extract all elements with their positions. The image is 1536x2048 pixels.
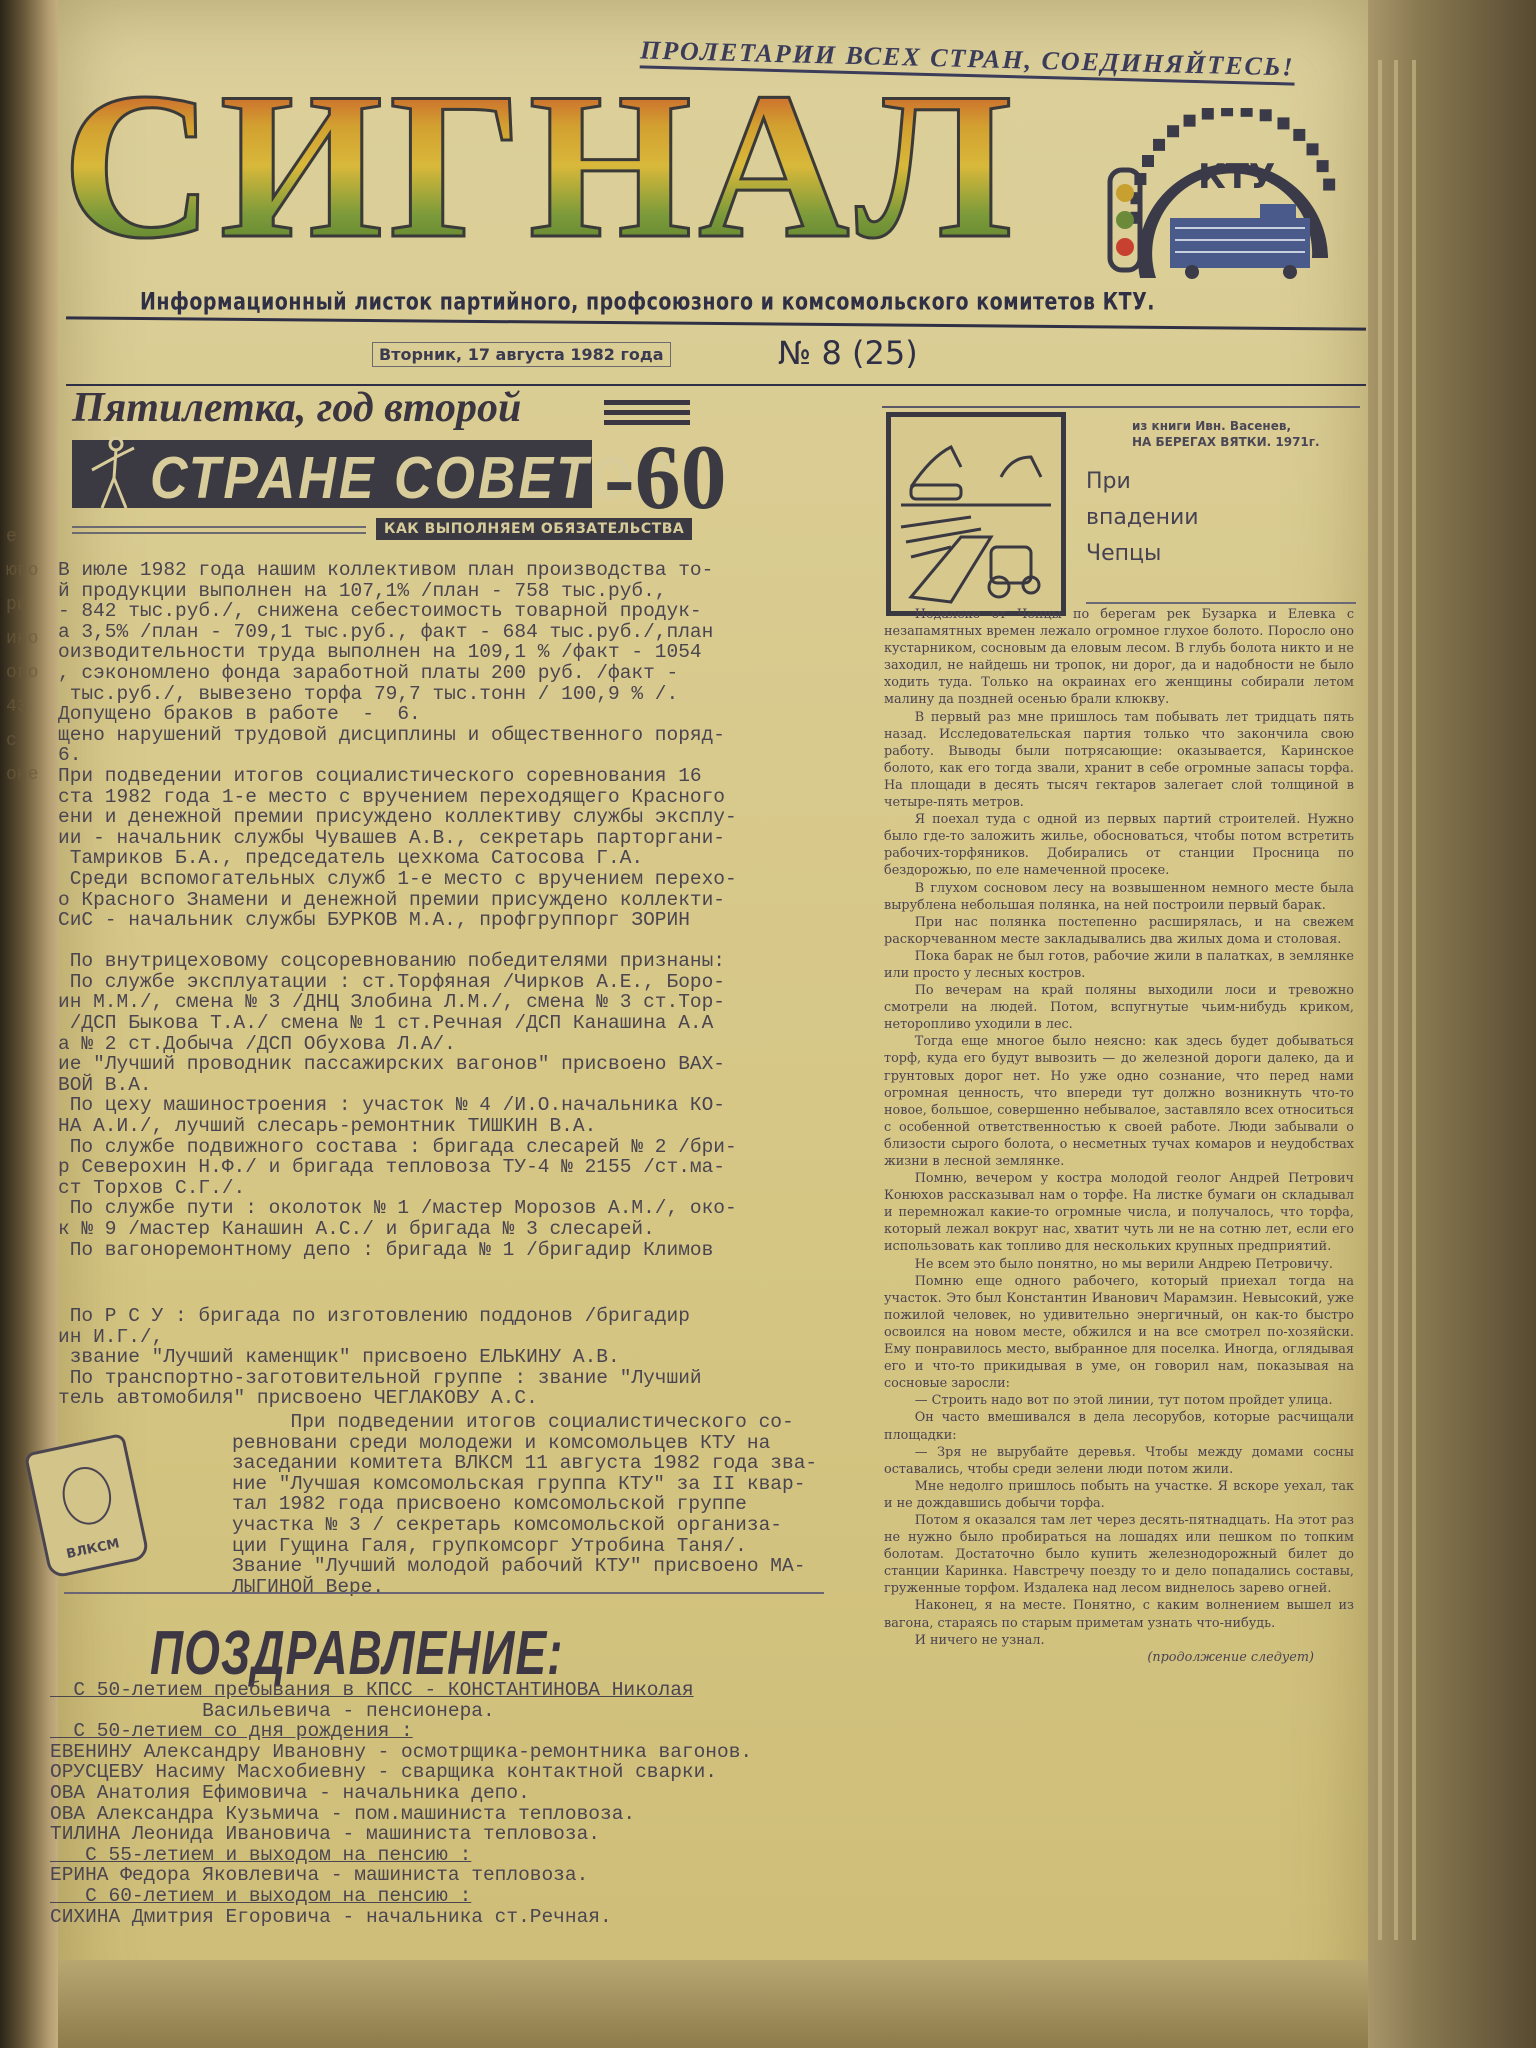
issue-date: Вторник, 17 августа 1982 года (372, 342, 671, 367)
komsomol-badge-text: ВЛКСМ (65, 1536, 121, 1562)
article-paragraph: — Строить надо вот по этой линии, тут по… (884, 1392, 1354, 1409)
banner-title: СТРАНЕ СОВЕТОВ (150, 444, 674, 513)
congratulation-line: ОВА Александра Кузьмича - пом.машиниста … (50, 1804, 752, 1825)
binding-fragment: ого (6, 656, 56, 690)
banner-number: -60 (604, 424, 727, 530)
page-bottom-edge (58, 1960, 1368, 2048)
congratulations-heading: ПОЗДРАВЛЕНИЕ: (150, 1616, 563, 1689)
report-line: р Северохин Н.Ф./ и бригада тепловоза ТУ… (58, 1157, 737, 1178)
worker-figure-icon (78, 434, 144, 512)
report-line: При подведении итогов социалистического … (232, 1412, 817, 1433)
congratulation-line: Васильевича - пенсионера. (50, 1701, 752, 1722)
report-line: ЛЫГИНОЙ Вере. (232, 1577, 817, 1598)
report-line: В июле 1982 года нашим коллективом план … (58, 560, 737, 581)
report-line: щено нарушений трудовой дисциплины и общ… (58, 725, 737, 746)
report-line: , сэкономлено фонда заработной платы 200… (58, 663, 737, 684)
binding-fragment: ри (6, 588, 56, 622)
source-line: из книги Ивн. Васенев, (1132, 418, 1320, 434)
article-paragraph: Помню, вечером у костра молодой геолог А… (884, 1170, 1354, 1255)
article-paragraph: В первый раз мне пришлось там побывать л… (884, 709, 1354, 812)
article-paragraph: Наконец, я на месте. Понятно, с каким во… (884, 1597, 1354, 1631)
report-line: ени и денежной премии присуждено коллект… (58, 807, 737, 828)
report-line: ние "Лучшая комсомольская группа КТУ" за… (232, 1474, 817, 1495)
report-line: - 842 тыс.руб./, снижена себестоимость т… (58, 601, 737, 622)
article-title-word: Чепцы (1086, 536, 1199, 572)
banner-subtitle: КАК ВЫПОЛНЯЕМ ОБЯЗАТЕЛЬСТВА (376, 518, 692, 540)
section-divider (64, 1592, 824, 1594)
report-line: ста 1982 года 1-е место с вручением пере… (58, 787, 737, 808)
binding-fragment: ико (6, 622, 56, 656)
masthead-subtitle: Информационный листок партийного, профсо… (140, 288, 1155, 316)
article-paragraph: И ничего не узнал. (884, 1632, 1354, 1649)
report-line: Звание "Лучший молодой рабочий КТУ" прис… (232, 1556, 817, 1577)
congratulation-line: ТИЛИНА Леонида Ивановича - машиниста теп… (50, 1824, 752, 1845)
continued-note: (продолжение следует) (884, 1649, 1314, 1666)
report-line: ВОЙ В.А. (58, 1075, 737, 1096)
report-line: а 3,5% /план - 709,1 тыс.руб., факт - 68… (58, 622, 737, 643)
banner-rule (72, 526, 366, 534)
report-line: /ДСП Быкова Т.А./ смена № 1 ст.Речная /Д… (58, 1013, 737, 1034)
binding-fragment: 43 (6, 690, 56, 724)
article-paragraph: Мне недолго пришлось побыть на участке. … (884, 1478, 1354, 1512)
report-line: По цеху машиностроения : участок № 4 /И.… (58, 1095, 737, 1116)
report-line: По службе пути : околоток № 1 /мастер Мо… (58, 1198, 737, 1219)
article-paragraph: Пока барак не был готов, рабочие жили в … (884, 948, 1354, 982)
report-line: Среди вспомогательных служб 1-е место с … (58, 869, 737, 890)
congratulation-line: ОВА Анатолия Ефимовича - начальника депо… (50, 1783, 752, 1804)
report-line (58, 931, 737, 952)
report-line: ин И.Г./, (58, 1327, 702, 1348)
section-kicker: Пятилетка, год второй (72, 384, 521, 432)
article-paragraph: Он часто вмешивался в дела лесорубов, ко… (884, 1409, 1354, 1443)
report-line: ин М.М./, смена № 3 /ДНЦ Злобина Л.М./, … (58, 992, 737, 1013)
peat-field-illustration-icon (886, 412, 1066, 616)
report-line: звание "Лучший каменщик" присвоено ЕЛЬКИ… (58, 1347, 702, 1368)
competition-report: В июле 1982 года нашим коллективом план … (58, 560, 737, 1260)
congratulation-line: С 60-летием и выходом на пенсию : (50, 1886, 752, 1907)
report-line: 6. (58, 745, 737, 766)
report-line: й продукции выполнен на 107,1% /план - 7… (58, 581, 737, 602)
article-paragraph: Потом я оказался там лет через десять-пя… (884, 1512, 1354, 1597)
report-line: По вагоноремонтному депо : бригада № 1 /… (58, 1240, 737, 1261)
congratulations-list: С 50-летием пребывания в КПСС - КОНСТАНТ… (50, 1680, 752, 1927)
report-line: НА А.И./, лучший слесарь-ремонтник ТИШКИ… (58, 1116, 737, 1137)
page-stack-edge (1368, 0, 1536, 2048)
binding-fragment: юго (6, 554, 56, 588)
article-paragraph: — Зря не вырубайте деревья. Чтобы между … (884, 1444, 1354, 1478)
report-line: По службе эксплуатации : ст.Торфяная /Чи… (58, 972, 737, 993)
report-line: По Р С У : бригада по изготовлению поддо… (58, 1306, 702, 1327)
report-line: тель автомобиля" присвоено ЧЕГЛАКОВУ А.С… (58, 1388, 702, 1409)
report-line: ции Гущина Галя, групкомсорг Утробина Та… (232, 1536, 817, 1557)
report-line: ие "Лучший проводник пассажирских вагоно… (58, 1054, 737, 1075)
report-line: Тамриков Б.А., председатель цехкома Сато… (58, 848, 737, 869)
article-title: ПривпаденииЧепцы (1086, 464, 1199, 572)
report-line: ревновани среди молодежи и комсомольцев … (232, 1433, 817, 1454)
report-line: Допущено браков в работе - 6. (58, 704, 737, 725)
article-paragraph: Не всем это было понятно, но мы верили А… (884, 1256, 1354, 1273)
logo-text: КТУ (1198, 157, 1275, 197)
report-line: к № 9 /мастер Канашин А.С./ и бригада № … (58, 1219, 737, 1240)
report-line: ст Торхов С.Г./. (58, 1178, 737, 1199)
congratulation-line: СИХИНА Дмитрия Егоровича - начальника ст… (50, 1907, 752, 1928)
article-paragraph: При нас полянка постепенно расширялась, … (884, 914, 1354, 948)
article-paragraph: По вечерам на край поляны выходили лоси … (884, 982, 1354, 1033)
rsu-report: По Р С У : бригада по изготовлению поддо… (58, 1306, 702, 1409)
report-line: участка № 3 / секретарь комсомольской ор… (232, 1515, 817, 1536)
congratulation-line: С 55-летием и выходом на пенсию : (50, 1845, 752, 1866)
report-line: СиС - начальник службы БУРКОВ М.А., проф… (58, 910, 737, 931)
report-line: а № 2 ст.Добыча /ДСП Обухова Л.А/. (58, 1034, 737, 1055)
congratulation-line: С 50-летием со дня рождения : (50, 1721, 752, 1742)
newspaper-title: СИГНАЛ (62, 66, 1018, 266)
report-line: заседании комитета ВЛКСМ 11 августа 1982… (232, 1453, 817, 1474)
binding-fragment: с (6, 724, 56, 758)
congratulation-line: ЕРИНА Федора Яковлевича - машиниста тепл… (50, 1865, 752, 1886)
report-line: о Красного Знамени и денежной премии при… (58, 890, 737, 911)
report-line: По транспортно-заготовительной группе : … (58, 1368, 702, 1389)
article-paragraph: В глухом сосновом лесу на возвышенном не… (884, 880, 1354, 914)
article-paragraph: Тогда еще многое было неясно: как здесь … (884, 1033, 1354, 1170)
article-paragraph: Помню еще одного рабочего, который приех… (884, 1273, 1354, 1393)
congratulation-line: ЕВЕНИНУ Александру Ивановну - осмотрщика… (50, 1742, 752, 1763)
congratulation-line: ОРУСЦЕВУ Насиму Масхобиевну - сварщика к… (50, 1762, 752, 1783)
binding-fragment: е (6, 520, 56, 554)
article-source: из книги Ивн. Васенев, НА БЕРЕГАХ ВЯТКИ.… (1132, 418, 1320, 450)
report-line: По службе подвижного состава : бригада с… (58, 1137, 737, 1158)
report-line: оизводительности труда выполнен на 109,1… (58, 642, 737, 663)
ktu-gear-logo-icon: КТУ (1100, 108, 1340, 288)
article-paragraph: Недалеко от Чепцы по берегам рек Бузарка… (884, 606, 1354, 709)
article-title-word: впадении (1086, 500, 1199, 536)
article-paragraph: Я поехал туда с одной из первых партий с… (884, 811, 1354, 879)
issue-number: № 8 (25) (778, 334, 918, 372)
komsomol-report: При подведении итогов социалистического … (232, 1412, 817, 1597)
congratulation-line: С 50-летием пребывания в КПСС - КОНСТАНТ… (50, 1680, 752, 1701)
report-line: По внутрицеховому соцсоревнованию победи… (58, 951, 737, 972)
article-body: Недалеко от Чепцы по берегам рек Бузарка… (884, 606, 1354, 1666)
source-line: НА БЕРЕГАХ ВЯТКИ. 1971г. (1132, 434, 1320, 450)
binding-fragments: еюгориикоого43соне (6, 520, 56, 792)
report-line: тал 1982 года присвоено комсомольской гр… (232, 1494, 817, 1515)
title-rule (1086, 602, 1356, 604)
report-line: ии - начальник службы Чувашев А.В., секр… (58, 828, 737, 849)
report-line: При подведении итогов социалистического … (58, 766, 737, 787)
binding-fragment: оне (6, 758, 56, 792)
report-line: тыс.руб./, вывезено торфа 79,7 тыс.тонн … (58, 684, 737, 705)
article-title-word: При (1086, 464, 1199, 500)
